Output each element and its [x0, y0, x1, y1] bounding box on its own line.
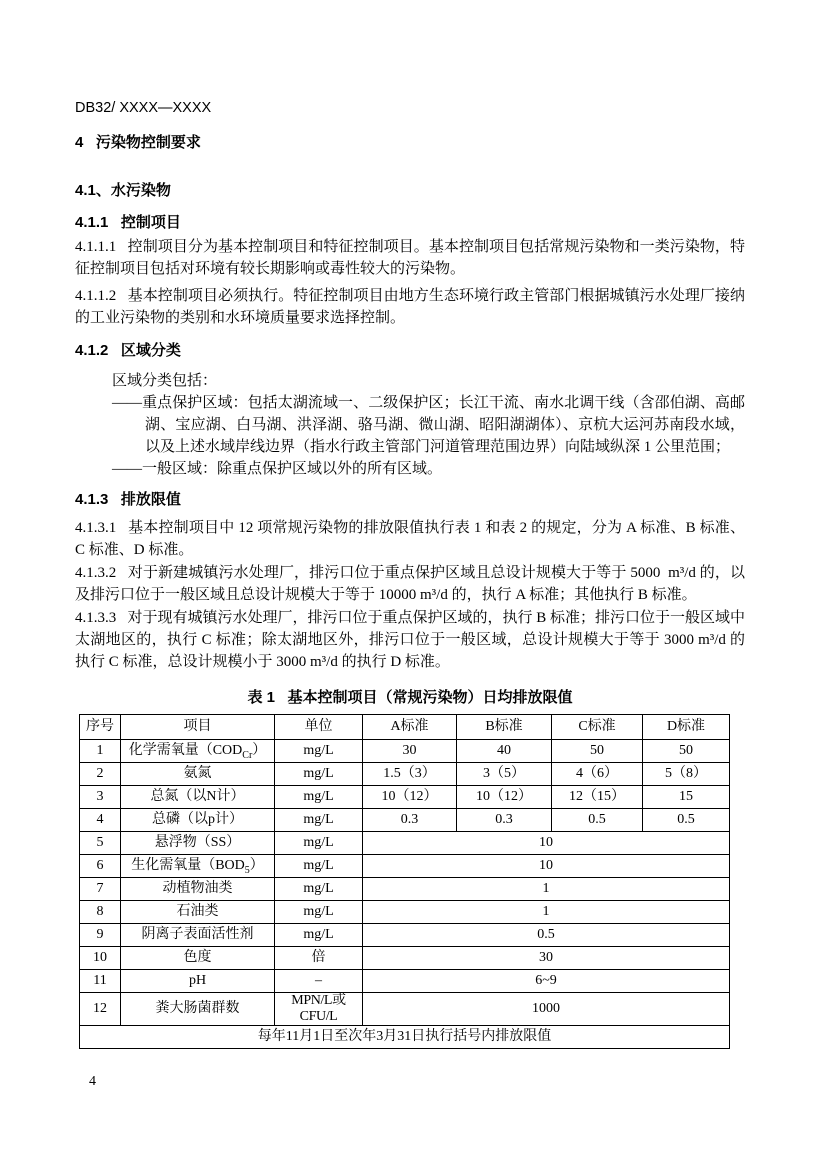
- table1-emission-limits: 序号项目单位A标准B标准C标准D标准 1化学需氧量（CODCr）mg/L3040…: [79, 714, 730, 1049]
- table-cell: 倍: [275, 947, 363, 970]
- table-cell: 3: [80, 786, 121, 809]
- table-cell: 1000: [363, 993, 730, 1026]
- item-text: ）: [250, 858, 264, 873]
- table-cell: 悬浮物（SS）: [121, 832, 275, 855]
- table-row: 6生化需氧量（BOD5）mg/L10: [80, 855, 730, 878]
- paragraph-4-1-3-3: 4.1.3.3 对于现有城镇污水处理厂，排污口位于重点保护区域的，执行 B 标准…: [75, 607, 745, 673]
- table-cell: 3（5）: [457, 763, 552, 786]
- table-cell: 阴离子表面活性剂: [121, 924, 275, 947]
- table-row: 5悬浮物（SS）mg/L10: [80, 832, 730, 855]
- table-cell: 4: [80, 809, 121, 832]
- paragraph-4-1-3-2: 4.1.3.2 对于新建城镇污水处理厂，排污口位于重点保护区域且总设计规模大于等…: [75, 562, 745, 606]
- table-row: 7动植物油类mg/L1: [80, 878, 730, 901]
- subscript-text: Cr: [242, 750, 252, 761]
- table-cell: 10: [80, 947, 121, 970]
- item-text: ）: [252, 743, 266, 758]
- table-header-cell: 序号: [80, 715, 121, 740]
- table-cell: 9: [80, 924, 121, 947]
- table-cell: mg/L: [275, 924, 363, 947]
- table-cell: 30: [363, 947, 730, 970]
- table-cell: 0.5: [363, 924, 730, 947]
- table1-body: 1化学需氧量（CODCr）mg/L304050502氨氮mg/L1.5（3）3（…: [80, 740, 730, 1049]
- table-cell: 化学需氧量（CODCr）: [121, 740, 275, 763]
- table-row: 2氨氮mg/L1.5（3）3（5）4（6）5（8）: [80, 763, 730, 786]
- table-row: 12粪大肠菌群数MPN/L或CFU/L1000: [80, 993, 730, 1026]
- table-cell: 动植物油类: [121, 878, 275, 901]
- table-cell: mg/L: [275, 855, 363, 878]
- table-cell: 0.3: [457, 809, 552, 832]
- table-cell: 50: [552, 740, 643, 763]
- table-cell: 6~9: [363, 970, 730, 993]
- paragraph-4-1-1-2: 4.1.1.2 基本控制项目必须执行。特征控制项目由地方生态环境行政主管部门根据…: [75, 285, 745, 329]
- table-row: 4总磷（以p计）mg/L0.30.30.50.5: [80, 809, 730, 832]
- table-cell: 1.5（3）: [363, 763, 457, 786]
- item-text: 阴离子表面活性剂: [142, 927, 254, 942]
- table-cell: mg/L: [275, 786, 363, 809]
- table-cell: MPN/L或CFU/L: [275, 993, 363, 1026]
- section-4-1-title: 4.1、水污染物: [75, 180, 745, 202]
- table-row: 3总氮（以N计）mg/L10（12）10（12）12（15）15: [80, 786, 730, 809]
- table-header-cell: C标准: [552, 715, 643, 740]
- page-number: 4: [89, 1071, 96, 1093]
- table-cell: 10（12）: [457, 786, 552, 809]
- item-text: 化学需氧量（COD: [129, 743, 243, 758]
- table-cell: 1: [363, 901, 730, 924]
- table-cell: 11: [80, 970, 121, 993]
- table-cell: 5（8）: [643, 763, 730, 786]
- table1-title: 表 1 基本控制项目（常规污染物）日均排放限值: [75, 687, 745, 709]
- table-cell: 0.5: [643, 809, 730, 832]
- table-cell: mg/L: [275, 763, 363, 786]
- table-cell: 1: [363, 878, 730, 901]
- item-text: pH: [189, 973, 206, 988]
- table-cell: 4（6）: [552, 763, 643, 786]
- table-row: 10色度倍30: [80, 947, 730, 970]
- table-row: 8石油类mg/L1: [80, 901, 730, 924]
- table-cell: 每年11月1日至次年3月31日执行括号内排放限值: [80, 1026, 730, 1049]
- paragraph-4-1-3-1: 4.1.3.1 基本控制项目中 12 项常规污染物的排放限值执行表 1 和表 2…: [75, 517, 745, 561]
- table-cell: mg/L: [275, 878, 363, 901]
- table-header-cell: D标准: [643, 715, 730, 740]
- table-cell: 粪大肠菌群数: [121, 993, 275, 1026]
- doc-code-header: DB32/ XXXX—XXXX: [75, 97, 745, 119]
- table-cell: 生化需氧量（BOD5）: [121, 855, 275, 878]
- table-cell: 1: [80, 740, 121, 763]
- item-text: 色度: [184, 950, 212, 965]
- table-cell: 7: [80, 878, 121, 901]
- table-header-cell: 项目: [121, 715, 275, 740]
- paragraph-4-1-2-item-general-zones: ——一般区域：除重点保护区域以外的所有区域。: [75, 458, 745, 480]
- table-cell: 30: [363, 740, 457, 763]
- table-cell: 6: [80, 855, 121, 878]
- table-row: 9阴离子表面活性剂mg/L0.5: [80, 924, 730, 947]
- section-4-title: 4 污染物控制要求: [75, 132, 745, 154]
- item-text: 总磷（以p计）: [152, 812, 243, 827]
- table1-header: 序号项目单位A标准B标准C标准D标准: [80, 715, 730, 740]
- table-header-cell: A标准: [363, 715, 457, 740]
- table-cell: 2: [80, 763, 121, 786]
- item-text: 粪大肠菌群数: [156, 1001, 240, 1016]
- table-cell: 石油类: [121, 901, 275, 924]
- paragraph-4-1-2-item-key-zones: ——重点保护区域：包括太湖流域一、二级保护区；长江干流、南水北调干线（含邵伯湖、…: [75, 392, 745, 458]
- table-cell: 5: [80, 832, 121, 855]
- document-page: DB32/ XXXX—XXXX 4 污染物控制要求 4.1、水污染物 4.1.1…: [0, 0, 827, 1169]
- table-cell: 12（15）: [552, 786, 643, 809]
- table-row: 11pH–6~9: [80, 970, 730, 993]
- item-text: 石油类: [177, 904, 219, 919]
- table-cell: 0.3: [363, 809, 457, 832]
- item-text: 悬浮物（SS）: [155, 835, 241, 850]
- table-row: 1化学需氧量（CODCr）mg/L30405050: [80, 740, 730, 763]
- paragraph-4-1-2-intro: 区域分类包括：: [112, 370, 745, 392]
- table-cell: 色度: [121, 947, 275, 970]
- item-text: 总氮（以N计）: [150, 789, 244, 804]
- table-cell: 10（12）: [363, 786, 457, 809]
- table-cell: 8: [80, 901, 121, 924]
- paragraph-4-1-1-1: 4.1.1.1 控制项目分为基本控制项目和特征控制项目。基本控制项目包括常规污染…: [75, 236, 745, 280]
- table-cell: mg/L: [275, 832, 363, 855]
- item-text: 生化需氧量（BOD: [131, 858, 245, 873]
- table-cell: pH: [121, 970, 275, 993]
- table-cell: –: [275, 970, 363, 993]
- table-cell: 50: [643, 740, 730, 763]
- item-text: 动植物油类: [163, 881, 233, 896]
- item-text: 氨氮: [184, 766, 212, 781]
- table-cell: 12: [80, 993, 121, 1026]
- table-cell: 氨氮: [121, 763, 275, 786]
- section-4-1-1-title: 4.1.1 控制项目: [75, 212, 745, 234]
- section-4-1-2-title: 4.1.2 区域分类: [75, 340, 745, 362]
- table-header-cell: B标准: [457, 715, 552, 740]
- table-cell: 总氮（以N计）: [121, 786, 275, 809]
- table-cell: 10: [363, 855, 730, 878]
- table-cell: mg/L: [275, 740, 363, 763]
- table-cell: 15: [643, 786, 730, 809]
- table-cell: 10: [363, 832, 730, 855]
- table-header-cell: 单位: [275, 715, 363, 740]
- table-header-row: 序号项目单位A标准B标准C标准D标准: [80, 715, 730, 740]
- table-cell: mg/L: [275, 901, 363, 924]
- table-cell: 40: [457, 740, 552, 763]
- table-cell: 总磷（以p计）: [121, 809, 275, 832]
- table-note-row: 每年11月1日至次年3月31日执行括号内排放限值: [80, 1026, 730, 1049]
- section-4-1-3-title: 4.1.3 排放限值: [75, 489, 745, 511]
- table-cell: mg/L: [275, 809, 363, 832]
- table-cell: 0.5: [552, 809, 643, 832]
